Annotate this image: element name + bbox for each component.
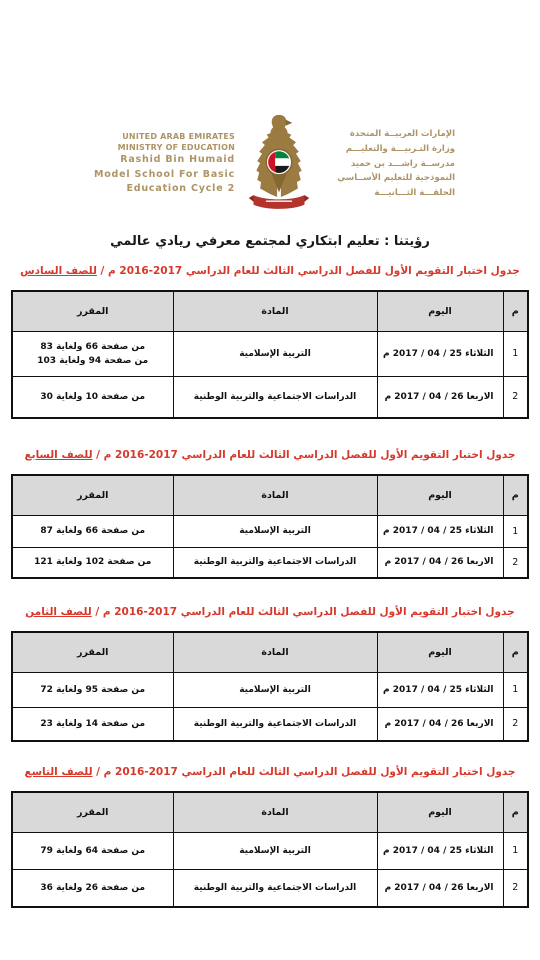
section-title-grade9: جدول اختبار التقويم الأول للفصل الدراسي … bbox=[0, 766, 540, 778]
document-page: UNITED ARAB EMIRATES MINISTRY OF EDUCATI… bbox=[0, 0, 540, 960]
col-header-num: م bbox=[503, 792, 528, 832]
table-row: 2 الاربعا 26 / 04 / 2017 م الدراسات الاج… bbox=[12, 707, 528, 741]
col-header-num: م bbox=[503, 632, 528, 672]
col-header-subject: المادة bbox=[173, 475, 377, 515]
exam-table-grade6: م اليوم المادة المقرر 1 الثلاثاء 25 / 04… bbox=[11, 290, 529, 419]
title-text: جدول اختبار التقويم الأول للفصل الدراسي … bbox=[97, 265, 520, 277]
exam-day: الثلاثاء 25 / 04 / 2017 م bbox=[377, 672, 503, 707]
exam-table-grade8: م اليوم المادة المقرر 1 الثلاثاء 25 / 04… bbox=[11, 631, 529, 742]
vision-slogan: رؤيتنا : تعليم ابتكاري لمجتمع معرفي رياد… bbox=[0, 234, 540, 249]
uae-falcon-emblem-icon bbox=[245, 113, 313, 215]
table-row: 2 الاربعا 26 / 04 / 2017 م الدراسات الاج… bbox=[12, 376, 528, 418]
table-row: 1 الثلاثاء 25 / 04 / 2017 م التربية الإس… bbox=[12, 331, 528, 376]
letterhead-en-line: MINISTRY OF EDUCATION bbox=[85, 142, 235, 153]
letterhead-en-line: Rashid Bin Humaid bbox=[85, 153, 235, 168]
exam-day: الاربعا 26 / 04 / 2017 م bbox=[377, 707, 503, 741]
ministry-name-arabic: الإمارات العربيــة المتحدة وزارة التـربي… bbox=[323, 127, 455, 201]
exam-pages: من صفحة 64 ولغاية 79 bbox=[12, 832, 173, 869]
ministry-name-english: UNITED ARAB EMIRATES MINISTRY OF EDUCATI… bbox=[85, 131, 235, 197]
row-number: 1 bbox=[503, 331, 528, 376]
col-header-day: اليوم bbox=[377, 792, 503, 832]
exam-subject: التربية الإسلامية bbox=[173, 515, 377, 547]
row-number: 1 bbox=[503, 832, 528, 869]
grade-name: للصف السابع bbox=[25, 449, 93, 461]
exam-table-grade9: م اليوم المادة المقرر 1 الثلاثاء 25 / 04… bbox=[11, 791, 529, 908]
letterhead-ar-line: الإمارات العربيــة المتحدة bbox=[323, 127, 455, 142]
table-header-row: م اليوم المادة المقرر bbox=[12, 632, 528, 672]
section-title-grade8: جدول اختبار التقويم الأول للفصل الدراسي … bbox=[0, 606, 540, 618]
exam-subject: التربية الإسلامية bbox=[173, 331, 377, 376]
table-row: 1 الثلاثاء 25 / 04 / 2017 م التربية الإس… bbox=[12, 832, 528, 869]
exam-pages: من صفحة 14 ولغاية 23 bbox=[12, 707, 173, 741]
letterhead-en-line: Model School For Basic bbox=[85, 168, 235, 183]
row-number: 2 bbox=[503, 547, 528, 578]
exam-subject: الدراسات الاجتماعية والتربية الوطنية bbox=[173, 376, 377, 418]
col-header-day: اليوم bbox=[377, 291, 503, 331]
exam-subject: التربية الإسلامية bbox=[173, 832, 377, 869]
title-text: جدول اختبار التقويم الأول للفصل الدراسي … bbox=[93, 766, 516, 778]
table-row: 2 الاربعا 26 / 04 / 2017 م الدراسات الاج… bbox=[12, 547, 528, 578]
exam-day: الاربعا 26 / 04 / 2017 م bbox=[377, 376, 503, 418]
col-header-num: م bbox=[503, 475, 528, 515]
table-row: 2 الاربعا 26 / 04 / 2017 م الدراسات الاج… bbox=[12, 869, 528, 907]
letterhead: UNITED ARAB EMIRATES MINISTRY OF EDUCATI… bbox=[0, 112, 540, 216]
col-header-subject: المادة bbox=[173, 632, 377, 672]
grade-name: للصف السادس bbox=[20, 265, 97, 277]
letterhead-ar-line: مدرســة راشـــد بن حميد bbox=[323, 157, 455, 172]
col-header-num: م bbox=[503, 291, 528, 331]
letterhead-ar-line: وزارة التـربيـــة والتعليـــم bbox=[323, 142, 455, 157]
row-number: 1 bbox=[503, 515, 528, 547]
exam-pages: من صفحة 26 ولغاية 36 bbox=[12, 869, 173, 907]
col-header-pages: المقرر bbox=[12, 792, 173, 832]
letterhead-ar-line: النموذجية للتعليم الأســاسي bbox=[323, 171, 455, 186]
exam-pages: من صفحة 66 ولغاية 83 من صفحة 94 ولغاية 1… bbox=[12, 331, 173, 376]
row-number: 2 bbox=[503, 707, 528, 741]
table-header-row: م اليوم المادة المقرر bbox=[12, 475, 528, 515]
table-row: 1 الثلاثاء 25 / 04 / 2017 م التربية الإس… bbox=[12, 515, 528, 547]
pages-line: من صفحة 94 ولغاية 103 bbox=[13, 354, 173, 368]
exam-subject: الدراسات الاجتماعية والتربية الوطنية bbox=[173, 707, 377, 741]
grade-name: للصف التاسع bbox=[25, 766, 93, 778]
col-header-pages: المقرر bbox=[12, 632, 173, 672]
exam-table-grade7: م اليوم المادة المقرر 1 الثلاثاء 25 / 04… bbox=[11, 474, 529, 579]
exam-day: الاربعا 26 / 04 / 2017 م bbox=[377, 547, 503, 578]
exam-day: الثلاثاء 25 / 04 / 2017 م bbox=[377, 832, 503, 869]
pages-line: من صفحة 66 ولغاية 83 bbox=[13, 340, 173, 354]
exam-pages: من صفحة 102 ولغاية 121 bbox=[12, 547, 173, 578]
col-header-subject: المادة bbox=[173, 792, 377, 832]
letterhead-en-line: UNITED ARAB EMIRATES bbox=[85, 131, 235, 142]
letterhead-ar-line: الحلقـــة الثـــانيـــة bbox=[323, 186, 455, 201]
exam-day: الاربعا 26 / 04 / 2017 م bbox=[377, 869, 503, 907]
grade-name: للصف الثامن bbox=[25, 606, 91, 618]
section-title-grade7: جدول اختبار التقويم الأول للفصل الدراسي … bbox=[0, 449, 540, 461]
title-text: جدول اختبار التقويم الأول للفصل الدراسي … bbox=[93, 449, 516, 461]
exam-pages: من صفحة 95 ولغاية 72 bbox=[12, 672, 173, 707]
col-header-day: اليوم bbox=[377, 632, 503, 672]
exam-subject: التربية الإسلامية bbox=[173, 672, 377, 707]
exam-subject: الدراسات الاجتماعية والتربية الوطنية bbox=[173, 869, 377, 907]
exam-pages: من صفحة 66 ولغاية 87 bbox=[12, 515, 173, 547]
row-number: 1 bbox=[503, 672, 528, 707]
row-number: 2 bbox=[503, 376, 528, 418]
section-title-grade6: جدول اختبار التقويم الأول للفصل الدراسي … bbox=[0, 265, 540, 277]
col-header-subject: المادة bbox=[173, 291, 377, 331]
title-text: جدول اختبار التقويم الأول للفصل الدراسي … bbox=[92, 606, 515, 618]
exam-day: الثلاثاء 25 / 04 / 2017 م bbox=[377, 331, 503, 376]
col-header-pages: المقرر bbox=[12, 475, 173, 515]
table-header-row: م اليوم المادة المقرر bbox=[12, 291, 528, 331]
table-row: 1 الثلاثاء 25 / 04 / 2017 م التربية الإس… bbox=[12, 672, 528, 707]
exam-pages: من صفحة 10 ولغاية 30 bbox=[12, 376, 173, 418]
col-header-pages: المقرر bbox=[12, 291, 173, 331]
exam-subject: الدراسات الاجتماعية والتربية الوطنية bbox=[173, 547, 377, 578]
row-number: 2 bbox=[503, 869, 528, 907]
exam-day: الثلاثاء 25 / 04 / 2017 م bbox=[377, 515, 503, 547]
col-header-day: اليوم bbox=[377, 475, 503, 515]
letterhead-en-line: Education Cycle 2 bbox=[85, 182, 235, 197]
table-header-row: م اليوم المادة المقرر bbox=[12, 792, 528, 832]
